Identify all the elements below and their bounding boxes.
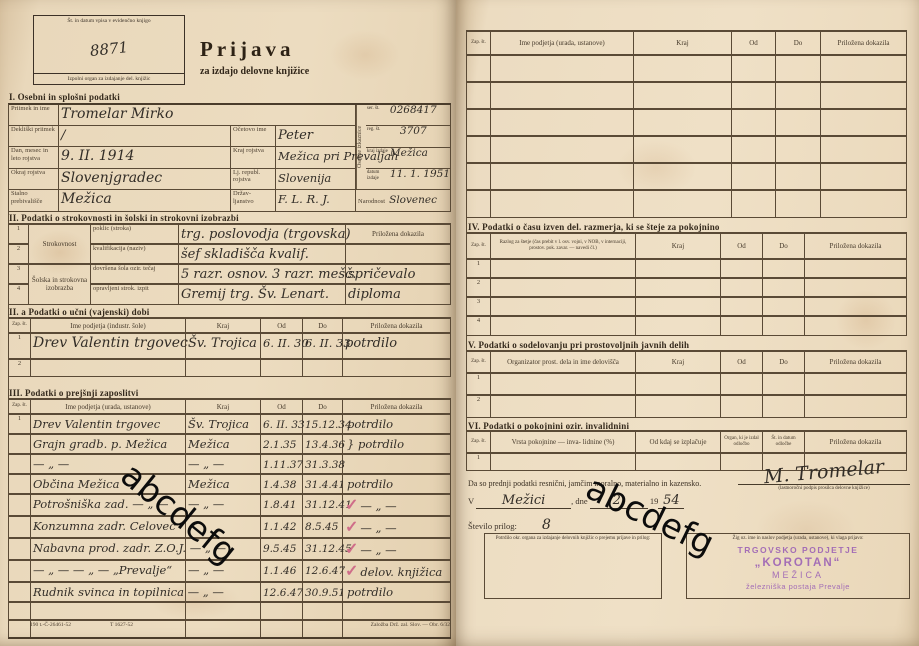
- row-number: 2: [9, 359, 31, 376]
- form-subtitle: za izdajo delovne knjižice: [200, 66, 309, 77]
- table-apprenticeship: Zap. št. Ime podjetja (industr. šole) Kr…: [8, 317, 451, 377]
- header-dokazila: Priložena dokazila: [346, 224, 451, 244]
- label-birth-date: Dan, mesec in leto rojstva: [9, 147, 59, 168]
- label-izpit: opravljeni strok. izpit: [91, 284, 179, 304]
- employment-to: 13.4.36: [305, 439, 345, 451]
- print-code-mid: T 1627-52: [110, 622, 133, 628]
- row-number: 3: [9, 264, 29, 284]
- stamp-box-caption: Žig oz. ime in naslov podjetja (urada, u…: [687, 534, 909, 544]
- label-father-name: Očetovo ime: [231, 125, 276, 146]
- scanned-form-prijava: Št. in datum vpisa v evidenčno knjigo 88…: [0, 0, 919, 646]
- value-nationality: Slovenec: [389, 194, 437, 206]
- col-header-ime: Ime podjetja (urada, ustanove): [491, 31, 634, 55]
- value-father-name: Peter: [278, 128, 313, 143]
- row-number: 1: [467, 373, 491, 395]
- col-header-dokazila: Priložena dokazila: [805, 351, 907, 373]
- value-serial-no: 0268417: [390, 105, 437, 125]
- apprentice-place: Šv. Trojica: [188, 336, 257, 351]
- employment-company: Drev Valentin trgovec: [33, 417, 160, 431]
- left-margin-rule: [466, 30, 467, 469]
- section3-heading: III. Podatki o prejšnji zaposlitvi: [9, 388, 138, 398]
- label-serial-no: ser. št.: [366, 105, 390, 125]
- col-header-organ: Organ, ki je izdal odločbo: [721, 431, 763, 453]
- col-header-od: Od: [721, 233, 763, 259]
- col-header-odlocba: Št. in datum odločbe: [763, 431, 805, 453]
- employment-company: Konzumna zadr. Celovec: [33, 519, 176, 533]
- col-header-zap: Zap. št.: [467, 233, 491, 259]
- apprentice-to: 6. II. 33: [305, 336, 351, 350]
- dokazilo-sola: spričevalo: [348, 267, 415, 282]
- value-issue-date: 11. 1. 1951: [390, 169, 450, 189]
- row-number: 4: [9, 284, 29, 304]
- employment-from: 1.8.41: [263, 499, 296, 511]
- label-surname: Priimek in ime: [9, 104, 59, 125]
- employment-proof: potrdilo: [347, 585, 393, 599]
- identity-card-block: Osebne izkaznice ser. št. 0268417 reg. š…: [356, 104, 451, 190]
- row-number: 2: [9, 244, 29, 264]
- value-birth-date: 9. II. 1914: [61, 148, 134, 164]
- row-number: [9, 560, 31, 582]
- employment-place: — „ —: [188, 457, 224, 471]
- value-surname: Tromelar Mirko: [61, 106, 173, 122]
- col-header-od: Od: [721, 351, 763, 373]
- col-header-dokazila: Priložena dokazila: [805, 233, 907, 259]
- apprentice-proof: potrdilo: [345, 336, 397, 351]
- table-voluntary-works: Zap. št. Organizator prost. dela in ime …: [466, 350, 907, 418]
- row-number: 1: [9, 414, 31, 434]
- label-residence: Stalno prebivališče: [9, 190, 59, 212]
- value-birth-place: Mežica pri Prevaljah: [278, 149, 398, 163]
- col-header-kraj: Kraj: [186, 318, 261, 333]
- employment-proof: } potrdilo: [347, 437, 404, 451]
- declaration-text: Da so prednji podatki resnični, jamčim m…: [468, 479, 701, 488]
- value-izpit: Gremij trg. Šv. Lenart.: [181, 287, 329, 302]
- col-header-odkdaj: Od kdaj se izplačuje: [636, 431, 721, 453]
- row-number: [9, 434, 31, 454]
- col-header-zap: Zap. št.: [467, 351, 491, 373]
- section1-heading: I. Osebni in splošni podatki: [9, 92, 120, 102]
- stamp-line-3: MEŽICA: [687, 570, 909, 581]
- label-maiden-name: Dekliški priimek: [9, 125, 59, 146]
- group-strokovnost: Strokovnost: [29, 224, 91, 264]
- table-personal-data: Priimek in ime Tromelar Mirko Osebne izk…: [8, 103, 451, 212]
- col-header-zap: Zap. št.: [9, 318, 31, 333]
- employment-from: 2.1.35: [263, 439, 296, 451]
- applicant-signature-block: M. Tromelar (lastnoročni podpis prosilca…: [738, 462, 910, 492]
- label-poklic: poklic (stroka): [91, 224, 179, 244]
- row-number: 4: [467, 316, 491, 335]
- row-number: 2: [467, 395, 491, 417]
- employment-place: Mežica: [188, 437, 230, 451]
- employment-from: 1.1.46: [263, 565, 296, 577]
- apprentice-from: 6. II. 30: [263, 336, 309, 350]
- col-header-od: Od: [261, 318, 303, 333]
- row-number: 1: [467, 259, 491, 278]
- col-header-zap: Zap. št.: [467, 431, 491, 453]
- employment-place: Šv. Trojica: [188, 417, 249, 431]
- form-title: Prijava: [200, 37, 294, 62]
- value-place: Mežici: [502, 493, 545, 508]
- value-kvalifikacija: šef skladišča kvalif.: [181, 247, 309, 262]
- employment-from: 9.5.45: [263, 543, 296, 555]
- value-birth-district: Slovenjgradec: [61, 170, 162, 186]
- row-number: [9, 454, 31, 474]
- col-header-do: Do: [763, 351, 805, 373]
- employment-to: 31.4.41: [305, 479, 345, 491]
- employment-company: — „ — — „ — „Prevalje“: [33, 563, 172, 577]
- col-header-kraj: Kraj: [634, 31, 732, 55]
- employment-proof: potrdilo: [347, 417, 393, 431]
- employment-place: Mežica: [188, 477, 230, 491]
- check-mark: ✓: [345, 541, 358, 558]
- employment-company: Grajn gradb. p. Mežica: [33, 437, 167, 451]
- employment-company: Rudnik svinca in topilnica — „ —: [33, 585, 224, 599]
- value-citizenship: F. L. R. J.: [278, 192, 330, 206]
- employment-company: — „ —: [33, 457, 69, 471]
- publisher-note: Založba Drž. zal. Slov. — Obr. 6/32: [300, 622, 450, 628]
- employment-to: 31.3.38: [305, 459, 345, 471]
- row-number: [9, 582, 31, 602]
- row-number: [9, 494, 31, 516]
- stamp-line-4: železniška postaja Prevalje: [687, 582, 909, 591]
- apprentice-company: Drev Valentin trgovec: [33, 335, 188, 351]
- col-header-do: Do: [303, 318, 343, 333]
- check-mark: ✓: [345, 563, 358, 580]
- row-number: 2: [467, 278, 491, 297]
- identity-card-vertical-label: Osebne izkaznice: [356, 105, 366, 189]
- col-header-dokazila: Priložena dokazila: [343, 318, 451, 333]
- employment-proof: — „ —: [360, 543, 396, 557]
- registry-number: 8871: [32, 18, 186, 81]
- label-issue-date: datum izdaje: [366, 169, 390, 189]
- print-code-left: 190 t.-Č-26461-52: [30, 622, 71, 628]
- row-number: 1: [467, 453, 491, 470]
- row-number: [9, 516, 31, 538]
- col-header-do: Do: [303, 399, 343, 414]
- col-header-do: Do: [763, 233, 805, 259]
- check-mark: ✓: [345, 519, 358, 536]
- check-mark: ✓: [345, 497, 358, 514]
- col-header-od: Od: [261, 399, 303, 414]
- attachments-line: Število prilog: 8: [468, 518, 574, 534]
- col-header-kraj: Kraj: [636, 233, 721, 259]
- employment-proof: — „ —: [360, 521, 396, 535]
- label-republic: Lj. republ. rojstva: [231, 168, 276, 189]
- dokazilo-izpit: diploma: [348, 287, 401, 302]
- left-margin-rule: [8, 104, 9, 614]
- row-number: [9, 538, 31, 560]
- value-sola: 5 razr. osnov. 3 razr. mešč.: [181, 267, 356, 282]
- col-header-ime: Ime podjetja (industr. šole): [31, 318, 186, 333]
- col-header-zap: Zap. št.: [9, 399, 31, 414]
- employment-company: Občina Mežica: [33, 477, 119, 491]
- col-header-do: Do: [776, 31, 821, 55]
- section2-heading: II. Podatki o strokovnosti in šolski in …: [9, 213, 239, 223]
- employment-from: 1.11.37: [263, 459, 303, 471]
- label-birth-district: Okraj rojstva: [9, 168, 59, 189]
- value-reg-no: 3707: [400, 126, 427, 146]
- registry-box: Št. in datum vpisa v evidenčno knjigo 88…: [33, 15, 185, 85]
- col-header-dokazila: Priložena dokazila: [821, 31, 907, 55]
- group-izobrazba: Šolska in strokovna izobrazba: [29, 264, 91, 304]
- employment-to: 8.5.45: [305, 521, 338, 533]
- table-employment-continued: Zap. št. Ime podjetja (urada, ustanove) …: [466, 30, 907, 218]
- employment-from: 6. II. 33: [263, 419, 305, 431]
- value-attachments: 8: [542, 517, 551, 533]
- label-v: V: [468, 496, 474, 506]
- col-header-dokazila: Priložena dokazila: [343, 399, 451, 414]
- row-number: 3: [467, 297, 491, 316]
- table-previous-employment: Zap. št. Ime podjetja (urada, ustanove) …: [8, 398, 451, 639]
- stamp-line-1: TRGOVSKO PODJETJE: [687, 545, 909, 556]
- employment-proof: delov. knjižica: [360, 565, 442, 579]
- col-header-ime: Ime podjetja (urada, ustanove): [31, 399, 186, 414]
- employment-to: 30.9.51: [305, 587, 345, 599]
- stamp-line-2: „KOROTAN“: [687, 556, 909, 570]
- label-citizenship: Držav- ljanstvo: [231, 190, 276, 212]
- col-header-kraj: Kraj: [186, 399, 261, 414]
- row-number: [9, 474, 31, 494]
- label-sola: dovršena šola ozir. tečaj: [91, 264, 179, 284]
- receipt-box: Potrdilo okr. organa za izdajanje delovn…: [484, 533, 662, 599]
- employment-proof: potrdilo: [347, 477, 393, 491]
- receipt-box-caption: Potrdilo okr. organa za izdajanje delovn…: [485, 534, 661, 544]
- value-republic: Slovenija: [278, 171, 331, 185]
- value-poklic: trg. poslovodja (trgovska): [181, 227, 351, 242]
- employment-proof: — „ —: [360, 499, 396, 513]
- company-stamp: TRGOVSKO PODJETJE „KOROTAN“ MEŽICA želez…: [687, 545, 909, 591]
- section4-heading: IV. Podatki o času izven del. razmerja, …: [468, 222, 720, 232]
- label-nationality: Narodnost: [358, 198, 385, 205]
- employment-from: 1.1.42: [263, 521, 296, 533]
- value-residence: Mežica: [61, 191, 112, 207]
- section2a-heading: II. a Podatki o učni (vajenski) dobi: [9, 307, 149, 317]
- col-header-razlog: Razlog za štetje (čas prebit v l. osv. v…: [491, 233, 636, 259]
- label-kvalifikacija: kvalifikacija (naziv): [91, 244, 179, 264]
- employment-from: 1.4.38: [263, 479, 296, 491]
- col-header-zap: Zap. št.: [467, 31, 491, 55]
- col-header-organizator: Organizator prost. dela in ime delovišča: [491, 351, 636, 373]
- row-number: 1: [9, 224, 29, 244]
- row-number: 1: [9, 333, 31, 359]
- col-header-kraj: Kraj: [636, 351, 721, 373]
- col-header-dokazila: Priložena dokazila: [805, 431, 907, 453]
- col-header-vrsta: Vrsta pokojnine — inva- lidnine (%): [491, 431, 636, 453]
- table-qualifications: 1 Strokovnost poklic (stroka) trg. poslo…: [8, 223, 451, 305]
- section5-heading: V. Podatki o sodelovanju pri prostovoljn…: [468, 340, 689, 350]
- col-header-od: Od: [732, 31, 776, 55]
- label-attachments: Število prilog:: [468, 521, 517, 531]
- label-reg-no: reg. št.: [366, 126, 390, 146]
- table-pension-time: Zap. št. Razlog za štetje (čas prebit v …: [466, 232, 907, 336]
- value-maiden-name: /: [61, 128, 65, 143]
- label-birth-place: Kraj rojstva: [231, 147, 276, 168]
- stamp-box: Žig oz. ime in naslov podjetja (urada, u…: [686, 533, 910, 599]
- employment-to: 12.6.47: [305, 565, 345, 577]
- employment-from: 12.6.47: [263, 587, 303, 599]
